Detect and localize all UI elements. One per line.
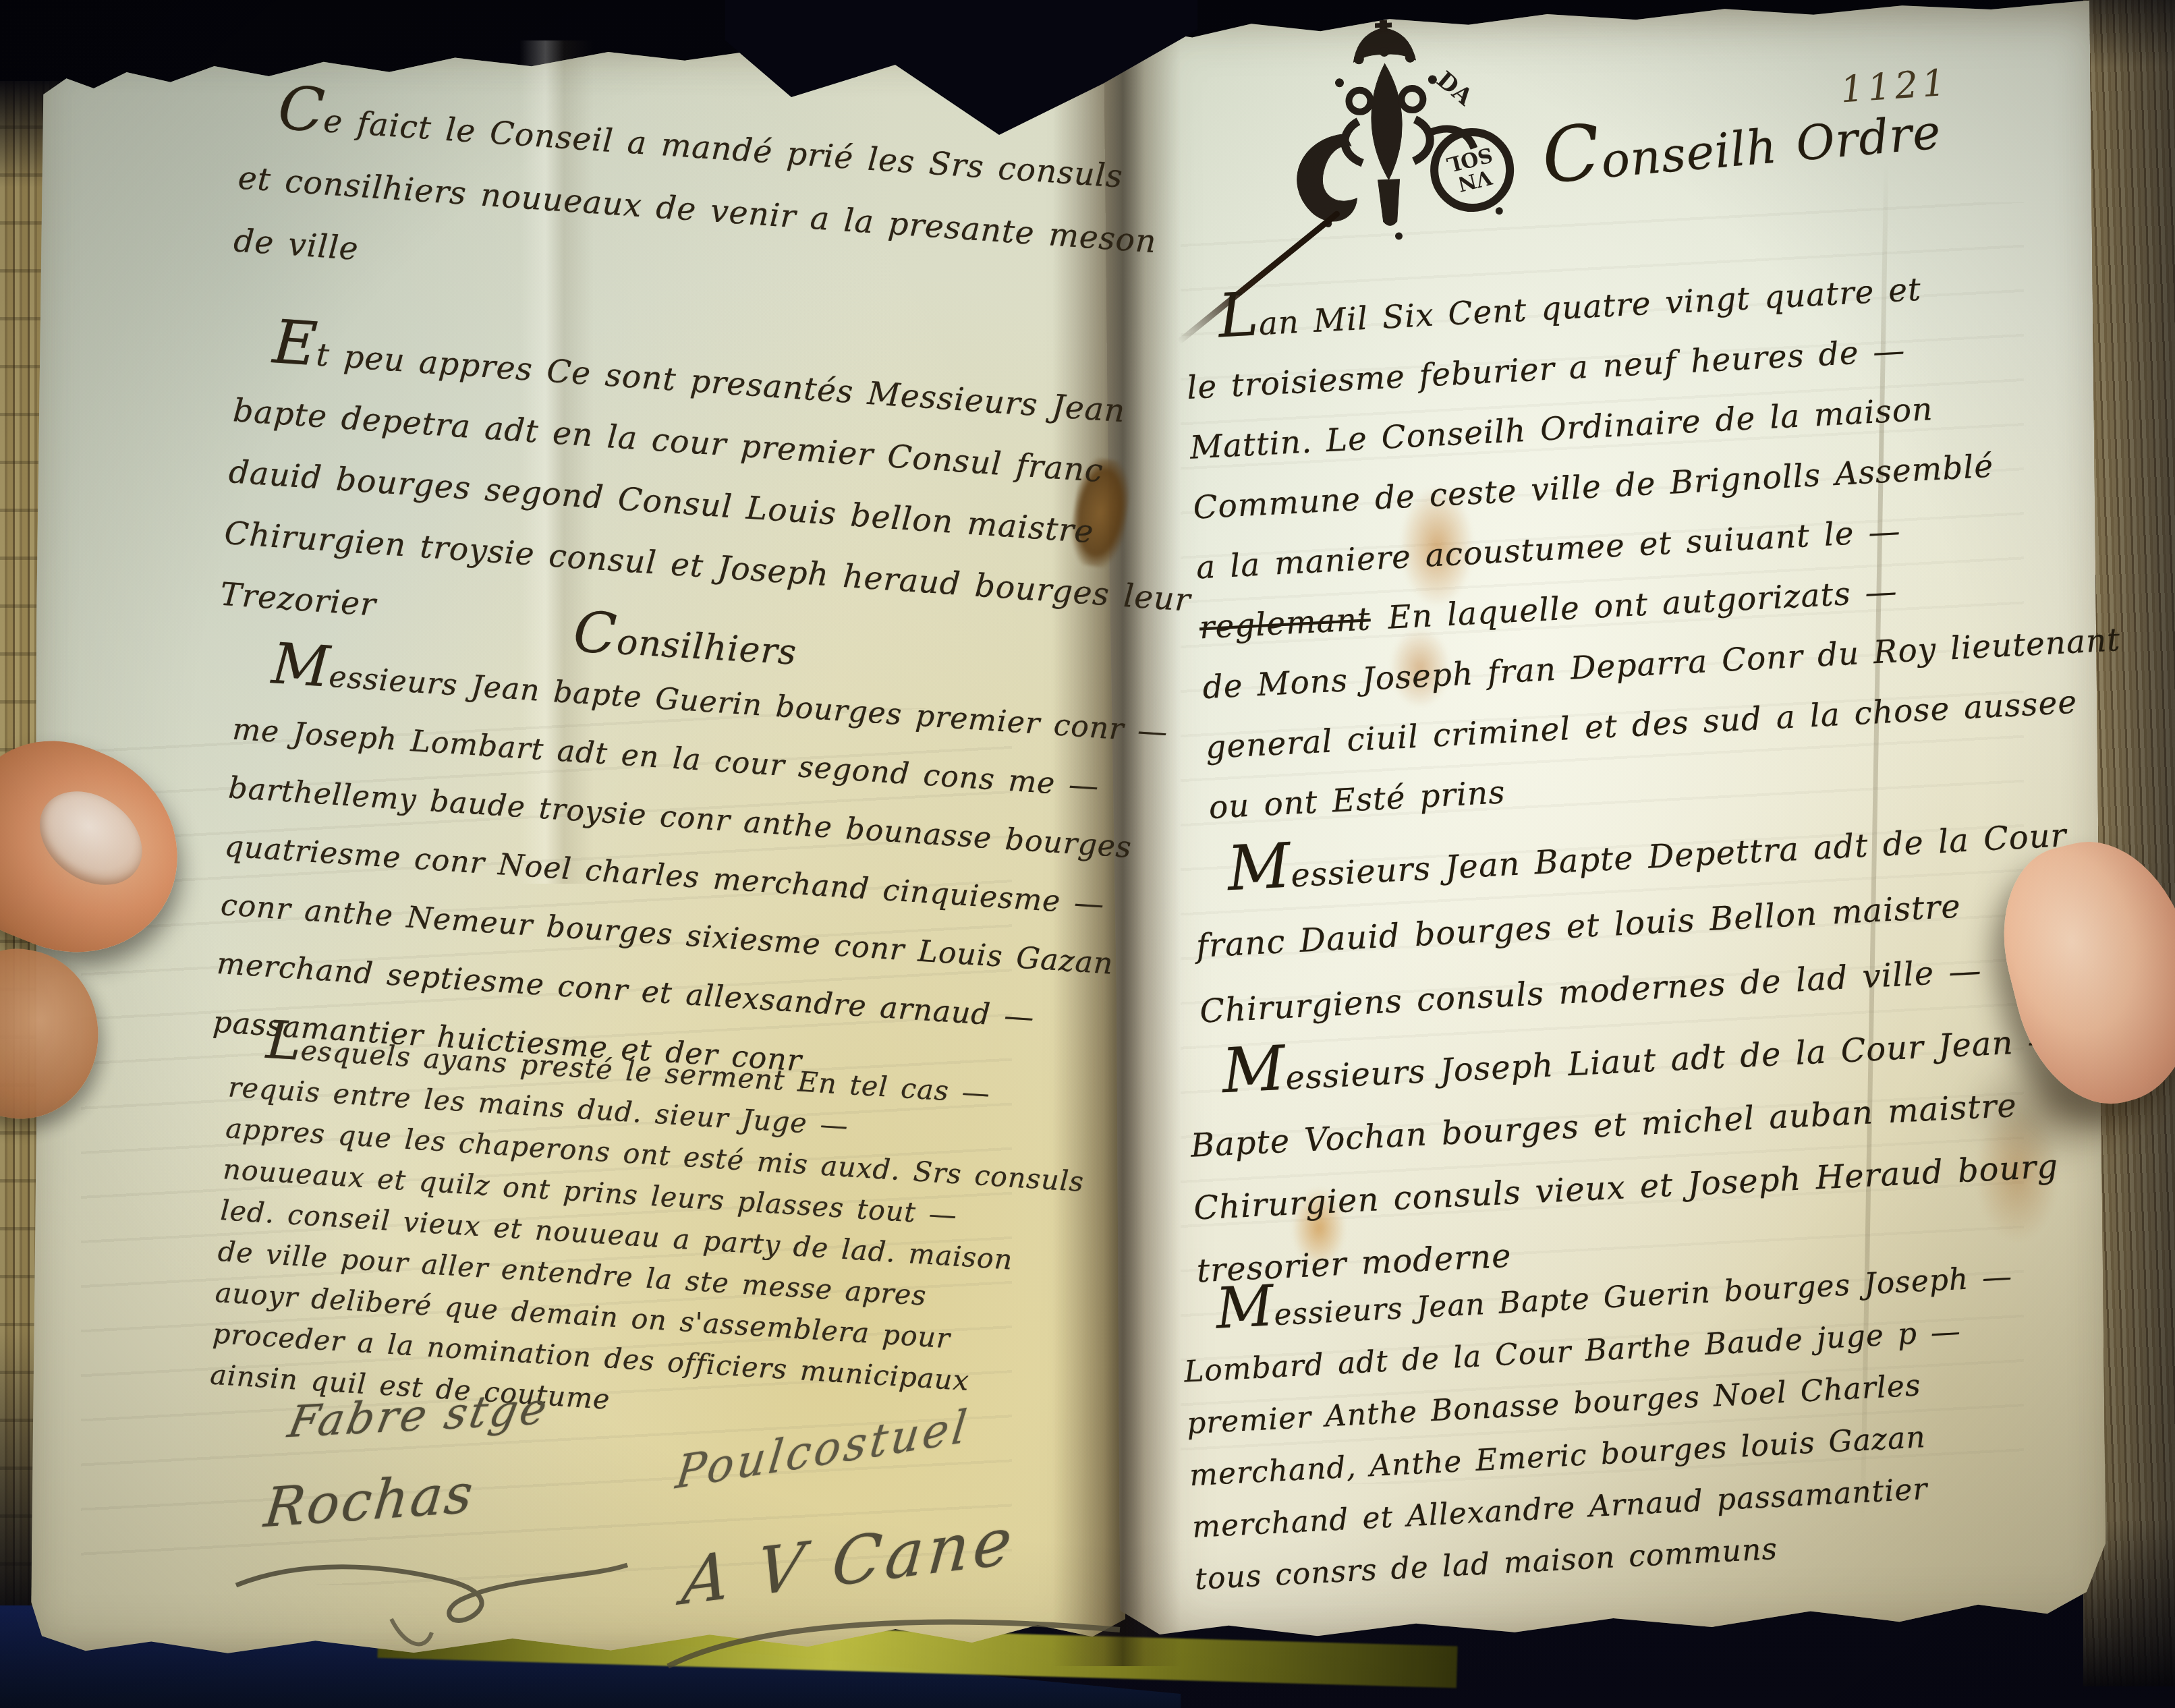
stamp-value-circle: VN SOL (1444, 142, 1500, 198)
signature-flourish (223, 1538, 735, 1659)
right-paragraph-conseillers: Messieurs Jean Bapte Guerin bourges Jose… (1179, 1241, 2027, 1605)
right-paragraph-session: Lan Mil Six Cent quatre vingt quatre et … (1182, 241, 2128, 838)
thumb-nail (22, 772, 160, 905)
stamp-arc-text: DA (1432, 66, 1478, 111)
struck-word: reglemant (1199, 600, 1372, 646)
left-paragraph-serment: Lesquels ayans presté le serment En tel … (209, 1018, 1092, 1450)
royal-fiscal-stamp-icon: DA VN SOL (1256, 14, 1533, 246)
signature-flourish (661, 1605, 1133, 1686)
manuscript-photo: DA VN SOL 1121 Conseilh Ordre Lan Mil Si… (0, 0, 2175, 1708)
